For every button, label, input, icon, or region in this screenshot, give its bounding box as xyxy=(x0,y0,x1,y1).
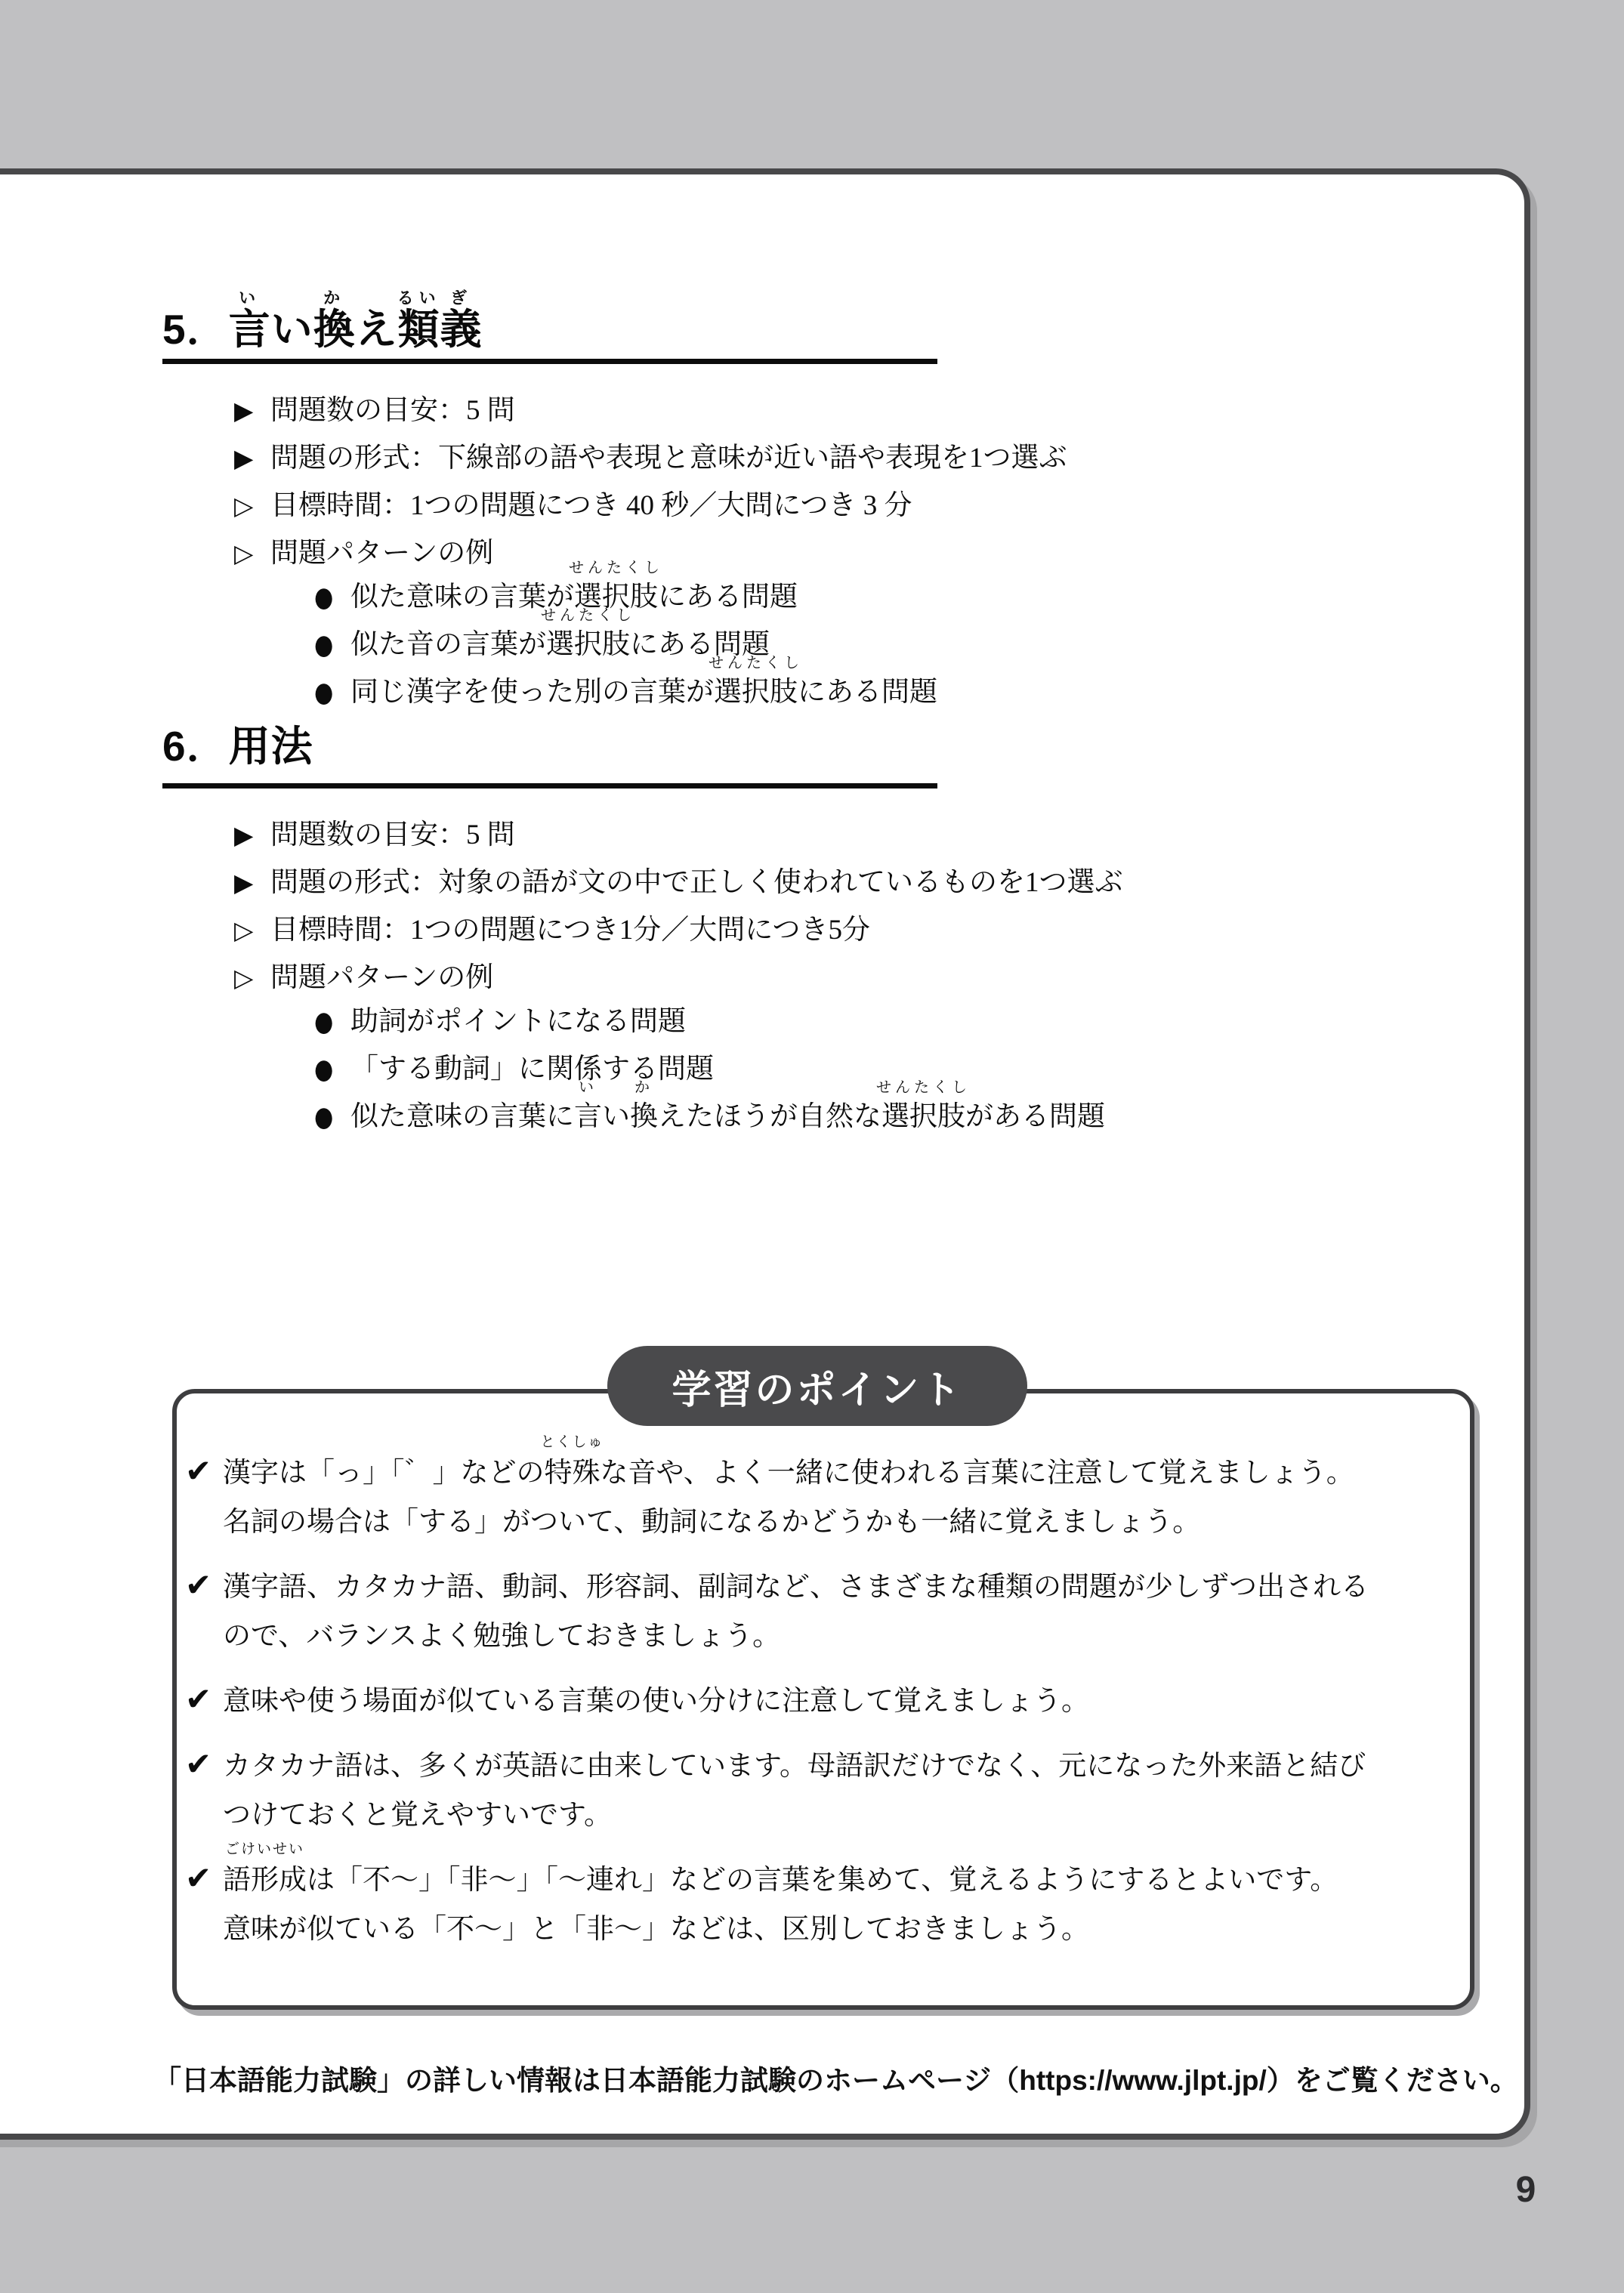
text-run: 問題数の目安：5 問 xyxy=(270,819,515,850)
check-icon: ✔ xyxy=(185,1853,211,1903)
study-point-item: ✔語形成ごけいせいは「不〜」「非〜」「〜連れ」などの言葉を集めて、覚えるようにす… xyxy=(185,1855,1469,1953)
open-arrow-icon: ▷ xyxy=(234,906,253,954)
text-run: えたほうが自然な xyxy=(658,1101,881,1132)
study-point-line: ので、バランスよく勉強しておきましょう。 xyxy=(223,1611,1469,1660)
ruby-base: 換か xyxy=(630,1093,658,1140)
study-point-line: つけておくと覚えやすいです。 xyxy=(223,1790,1469,1839)
list-item: ●同じ漢字を使った別の言葉が選択肢せんたくしにある問題 xyxy=(314,668,1067,716)
text-run: ので、バランスよく勉強しておきましょう。 xyxy=(223,1620,780,1651)
study-point-item: ✔カタカナ語は、多くが英語に由来しています。母語訳だけでなく、元になった外来語と… xyxy=(185,1741,1469,1839)
check-icon: ✔ xyxy=(185,1739,211,1788)
list-item-text: 問題数の目安：5 問 xyxy=(270,395,515,426)
section-6-underline xyxy=(162,783,937,789)
furigana: か xyxy=(323,291,345,306)
text-run: 問題パターンの例 xyxy=(270,962,493,993)
section-6-title: 用法 xyxy=(229,723,313,770)
page-number: 9 xyxy=(1505,2169,1547,2211)
dot-icon: ● xyxy=(314,662,333,722)
furigana: とくしゅ xyxy=(540,1435,604,1450)
text-run: 漢字は「っ」「゛」などの xyxy=(223,1457,545,1488)
ruby-base: 特殊とくしゅ xyxy=(545,1448,601,1497)
open-arrow-icon: ▷ xyxy=(234,529,253,577)
ruby-base: 言い xyxy=(574,1093,602,1140)
check-icon: ✔ xyxy=(185,1446,211,1495)
filled-arrow-icon: ▶ xyxy=(234,811,253,859)
text-run: 「する動詞」に関係する問題 xyxy=(350,1054,714,1085)
text-run: 問題の形式：対象の語が文の中で正しく使われているものを1つ選ぶ xyxy=(270,867,1123,898)
furigana: せんたくし xyxy=(541,608,635,623)
list-item: ●似た意味の言葉が選択肢せんたくしにある問題 xyxy=(314,573,1067,621)
ruby-base: 選択肢せんたくし xyxy=(714,668,798,716)
dot-icon: ● xyxy=(314,1087,333,1146)
study-point-line: 漢字は「っ」「゛」などの特殊とくしゅな音や、よく一緒に使われる言葉に注意して覚え… xyxy=(223,1448,1469,1497)
list-item-text: 助詞がポイントになる問題 xyxy=(350,1006,686,1037)
text-run: 名詞の場合は「する」がついて、動詞になるかどうかも一緒に覚えましょう。 xyxy=(223,1506,1200,1537)
study-points-badge-label: 学習のポイント xyxy=(672,1358,962,1415)
furigana: せんたくし xyxy=(709,656,803,671)
list-item: ▶問題の形式：下線部の語や表現と意味が近い語や表現を1つ選ぶ xyxy=(234,434,1067,482)
text-run: 似た音の言葉が xyxy=(350,629,546,660)
text-run: 意味や使う場面が似ている言葉の使い分けに注意して覚えましょう。 xyxy=(223,1685,1089,1716)
furigana: い xyxy=(579,1080,597,1095)
ruby-base: 語形成ごけいせい xyxy=(223,1855,307,1904)
open-arrow-icon: ▷ xyxy=(234,482,253,529)
study-point-line: 漢字語、カタカナ語、動詞、形容詞、副詞など、さまざまな種類の問題が少しずつ出され… xyxy=(223,1562,1469,1611)
ruby-base: 言い xyxy=(229,307,271,352)
section-5-title: 言いい換かえ類るい義ぎ xyxy=(229,306,483,353)
ruby-base: 類るい xyxy=(398,307,440,352)
text-run: え xyxy=(356,306,398,353)
text-run: い xyxy=(602,1101,630,1132)
text-run: 似た意味の言葉に xyxy=(350,1101,574,1132)
text-run: 問題数の目安：5 問 xyxy=(270,395,515,426)
text-run: 問題の形式：下線部の語や表現と意味が近い語や表現を1つ選ぶ xyxy=(270,443,1067,474)
list-item: ●似た音の言葉が選択肢せんたくしにある問題 xyxy=(314,621,1067,668)
list-item: ▶問題の形式：対象の語が文の中で正しく使われているものを1つ選ぶ xyxy=(234,859,1123,906)
text-run: がある問題 xyxy=(965,1101,1105,1132)
text-run: な音や、よく一緒に使われる言葉に注意して覚えましょう。 xyxy=(601,1457,1354,1488)
open-arrow-icon: ▷ xyxy=(234,954,253,1001)
section-6-number: 6． xyxy=(162,723,229,770)
filled-arrow-icon: ▶ xyxy=(234,434,253,482)
text-run: 漢字語、カタカナ語、動詞、形容詞、副詞など、さまざまな種類の問題が少しずつ出され… xyxy=(223,1571,1369,1602)
list-item-text: 問題数の目安：5 問 xyxy=(270,819,515,850)
furigana: るい xyxy=(397,291,441,306)
study-points-list: ✔漢字は「っ」「゛」などの特殊とくしゅな音や、よく一緒に使われる言葉に注意して覚… xyxy=(185,1448,1469,1969)
study-point-line: 意味が似ている「不〜」と「非〜」などは、区別しておきましょう。 xyxy=(223,1904,1469,1953)
text-run: にある問題 xyxy=(798,677,937,708)
section-6-heading: 6．用法 xyxy=(162,724,313,769)
filled-arrow-icon: ▶ xyxy=(234,859,253,906)
ruby-base: 換か xyxy=(313,307,356,352)
section-6-list: ▶問題数の目安：5 問▶問題の形式：対象の語が文の中で正しく使われているものを1… xyxy=(234,811,1123,1140)
list-item: ●「する動詞」に関係する問題 xyxy=(314,1045,1123,1093)
study-points-badge: 学習のポイント xyxy=(607,1346,1027,1426)
list-item-text: 問題の形式：下線部の語や表現と意味が近い語や表現を1つ選ぶ xyxy=(270,443,1067,474)
list-item: ▶問題数の目安：5 問 xyxy=(234,811,1123,859)
study-point-item: ✔意味や使う場面が似ている言葉の使い分けに注意して覚えましょう。 xyxy=(185,1676,1469,1725)
furigana: ごけいせい xyxy=(225,1842,304,1857)
text-run: にある問題 xyxy=(658,582,798,613)
furigana: い xyxy=(239,291,261,306)
list-item-text: 「する動詞」に関係する問題 xyxy=(350,1054,714,1085)
text-run: 助詞がポイントになる問題 xyxy=(350,1006,686,1037)
list-item-text: 問題の形式：対象の語が文の中で正しく使われているものを1つ選ぶ xyxy=(270,867,1123,898)
text-run: 問題パターンの例 xyxy=(270,538,493,569)
list-item: ●助詞がポイントになる問題 xyxy=(314,998,1123,1045)
text-run: つけておくと覚えやすいです。 xyxy=(223,1799,612,1830)
text-run: は「不〜」「非〜」「〜連れ」などの言葉を集めて、覚えるようにするとよいです。 xyxy=(307,1864,1338,1895)
furigana: ぎ xyxy=(450,291,472,306)
list-item: ●似た意味の言葉に言いい換かえたほうが自然な選択肢せんたくしがある問題 xyxy=(314,1093,1123,1140)
footer-note: 「日本語能力試験」の詳しい情報は日本語能力試験のホームページ（https://w… xyxy=(153,2057,1518,2098)
study-point-line: 意味や使う場面が似ている言葉の使い分けに注意して覚えましょう。 xyxy=(223,1676,1469,1725)
section-5-list: ▶問題数の目安：5 問▶問題の形式：下線部の語や表現と意味が近い語や表現を1つ選… xyxy=(234,387,1067,716)
check-icon: ✔ xyxy=(185,1560,211,1609)
list-item-text: 同じ漢字を使った別の言葉が選択肢せんたくしにある問題 xyxy=(350,677,937,708)
list-item: ▷問題パターンの例 xyxy=(234,954,1123,1001)
text-run: 意味が似ている「不〜」と「非〜」などは、区別しておきましょう。 xyxy=(223,1913,1089,1944)
text-run: 目標時間：1つの問題につき1分／大問につき5分 xyxy=(270,915,870,946)
study-point-line: 名詞の場合は「する」がついて、動詞になるかどうかも一緒に覚えましょう。 xyxy=(223,1497,1469,1546)
text-run: 同じ漢字を使った別の言葉が xyxy=(350,677,714,708)
section-5-underline xyxy=(162,359,937,364)
text-run: 目標時間：1つの問題につき 40 秒／大問につき 3 分 xyxy=(270,490,912,521)
check-icon: ✔ xyxy=(185,1674,211,1724)
section-5-number: 5． xyxy=(162,306,229,353)
study-point-item: ✔漢字は「っ」「゛」などの特殊とくしゅな音や、よく一緒に使われる言葉に注意して覚… xyxy=(185,1448,1469,1546)
text-run: カタカナ語は、多くが英語に由来しています。母語訳だけでなく、元になった外来語と結… xyxy=(223,1750,1366,1781)
list-item: ▷目標時間：1つの問題につき 40 秒／大問につき 3 分 xyxy=(234,482,1067,529)
list-item: ▶問題数の目安：5 問 xyxy=(234,387,1067,434)
study-point-item: ✔漢字語、カタカナ語、動詞、形容詞、副詞など、さまざまな種類の問題が少しずつ出さ… xyxy=(185,1562,1469,1660)
text-run: い xyxy=(271,306,313,353)
filled-arrow-icon: ▶ xyxy=(234,387,253,434)
list-item-text: 目標時間：1つの問題につき1分／大問につき5分 xyxy=(270,915,870,946)
study-point-line: 語形成ごけいせいは「不〜」「非〜」「〜連れ」などの言葉を集めて、覚えるようにする… xyxy=(223,1855,1469,1904)
ruby-base: 義ぎ xyxy=(440,307,483,352)
text-run: 用法 xyxy=(229,723,313,770)
list-item-text: 問題パターンの例 xyxy=(270,538,493,569)
furigana: せんたくし xyxy=(569,560,663,576)
study-point-line: カタカナ語は、多くが英語に由来しています。母語訳だけでなく、元になった外来語と結… xyxy=(223,1741,1469,1790)
furigana: か xyxy=(634,1080,653,1095)
list-item-text: 問題パターンの例 xyxy=(270,962,493,993)
ruby-base: 選択肢せんたくし xyxy=(546,621,630,668)
furigana: せんたくし xyxy=(876,1080,971,1095)
list-item-text: 似た意味の言葉に言いい換かえたほうが自然な選択肢せんたくしがある問題 xyxy=(350,1101,1105,1132)
list-item-text: 似た音の言葉が選択肢せんたくしにある問題 xyxy=(350,629,770,660)
list-item: ▷目標時間：1つの問題につき1分／大問につき5分 xyxy=(234,906,1123,954)
list-item-text: 目標時間：1つの問題につき 40 秒／大問につき 3 分 xyxy=(270,490,912,521)
ruby-base: 選択肢せんたくし xyxy=(881,1093,965,1140)
section-5-heading: 5．言いい換かえ類るい義ぎ xyxy=(162,307,483,352)
